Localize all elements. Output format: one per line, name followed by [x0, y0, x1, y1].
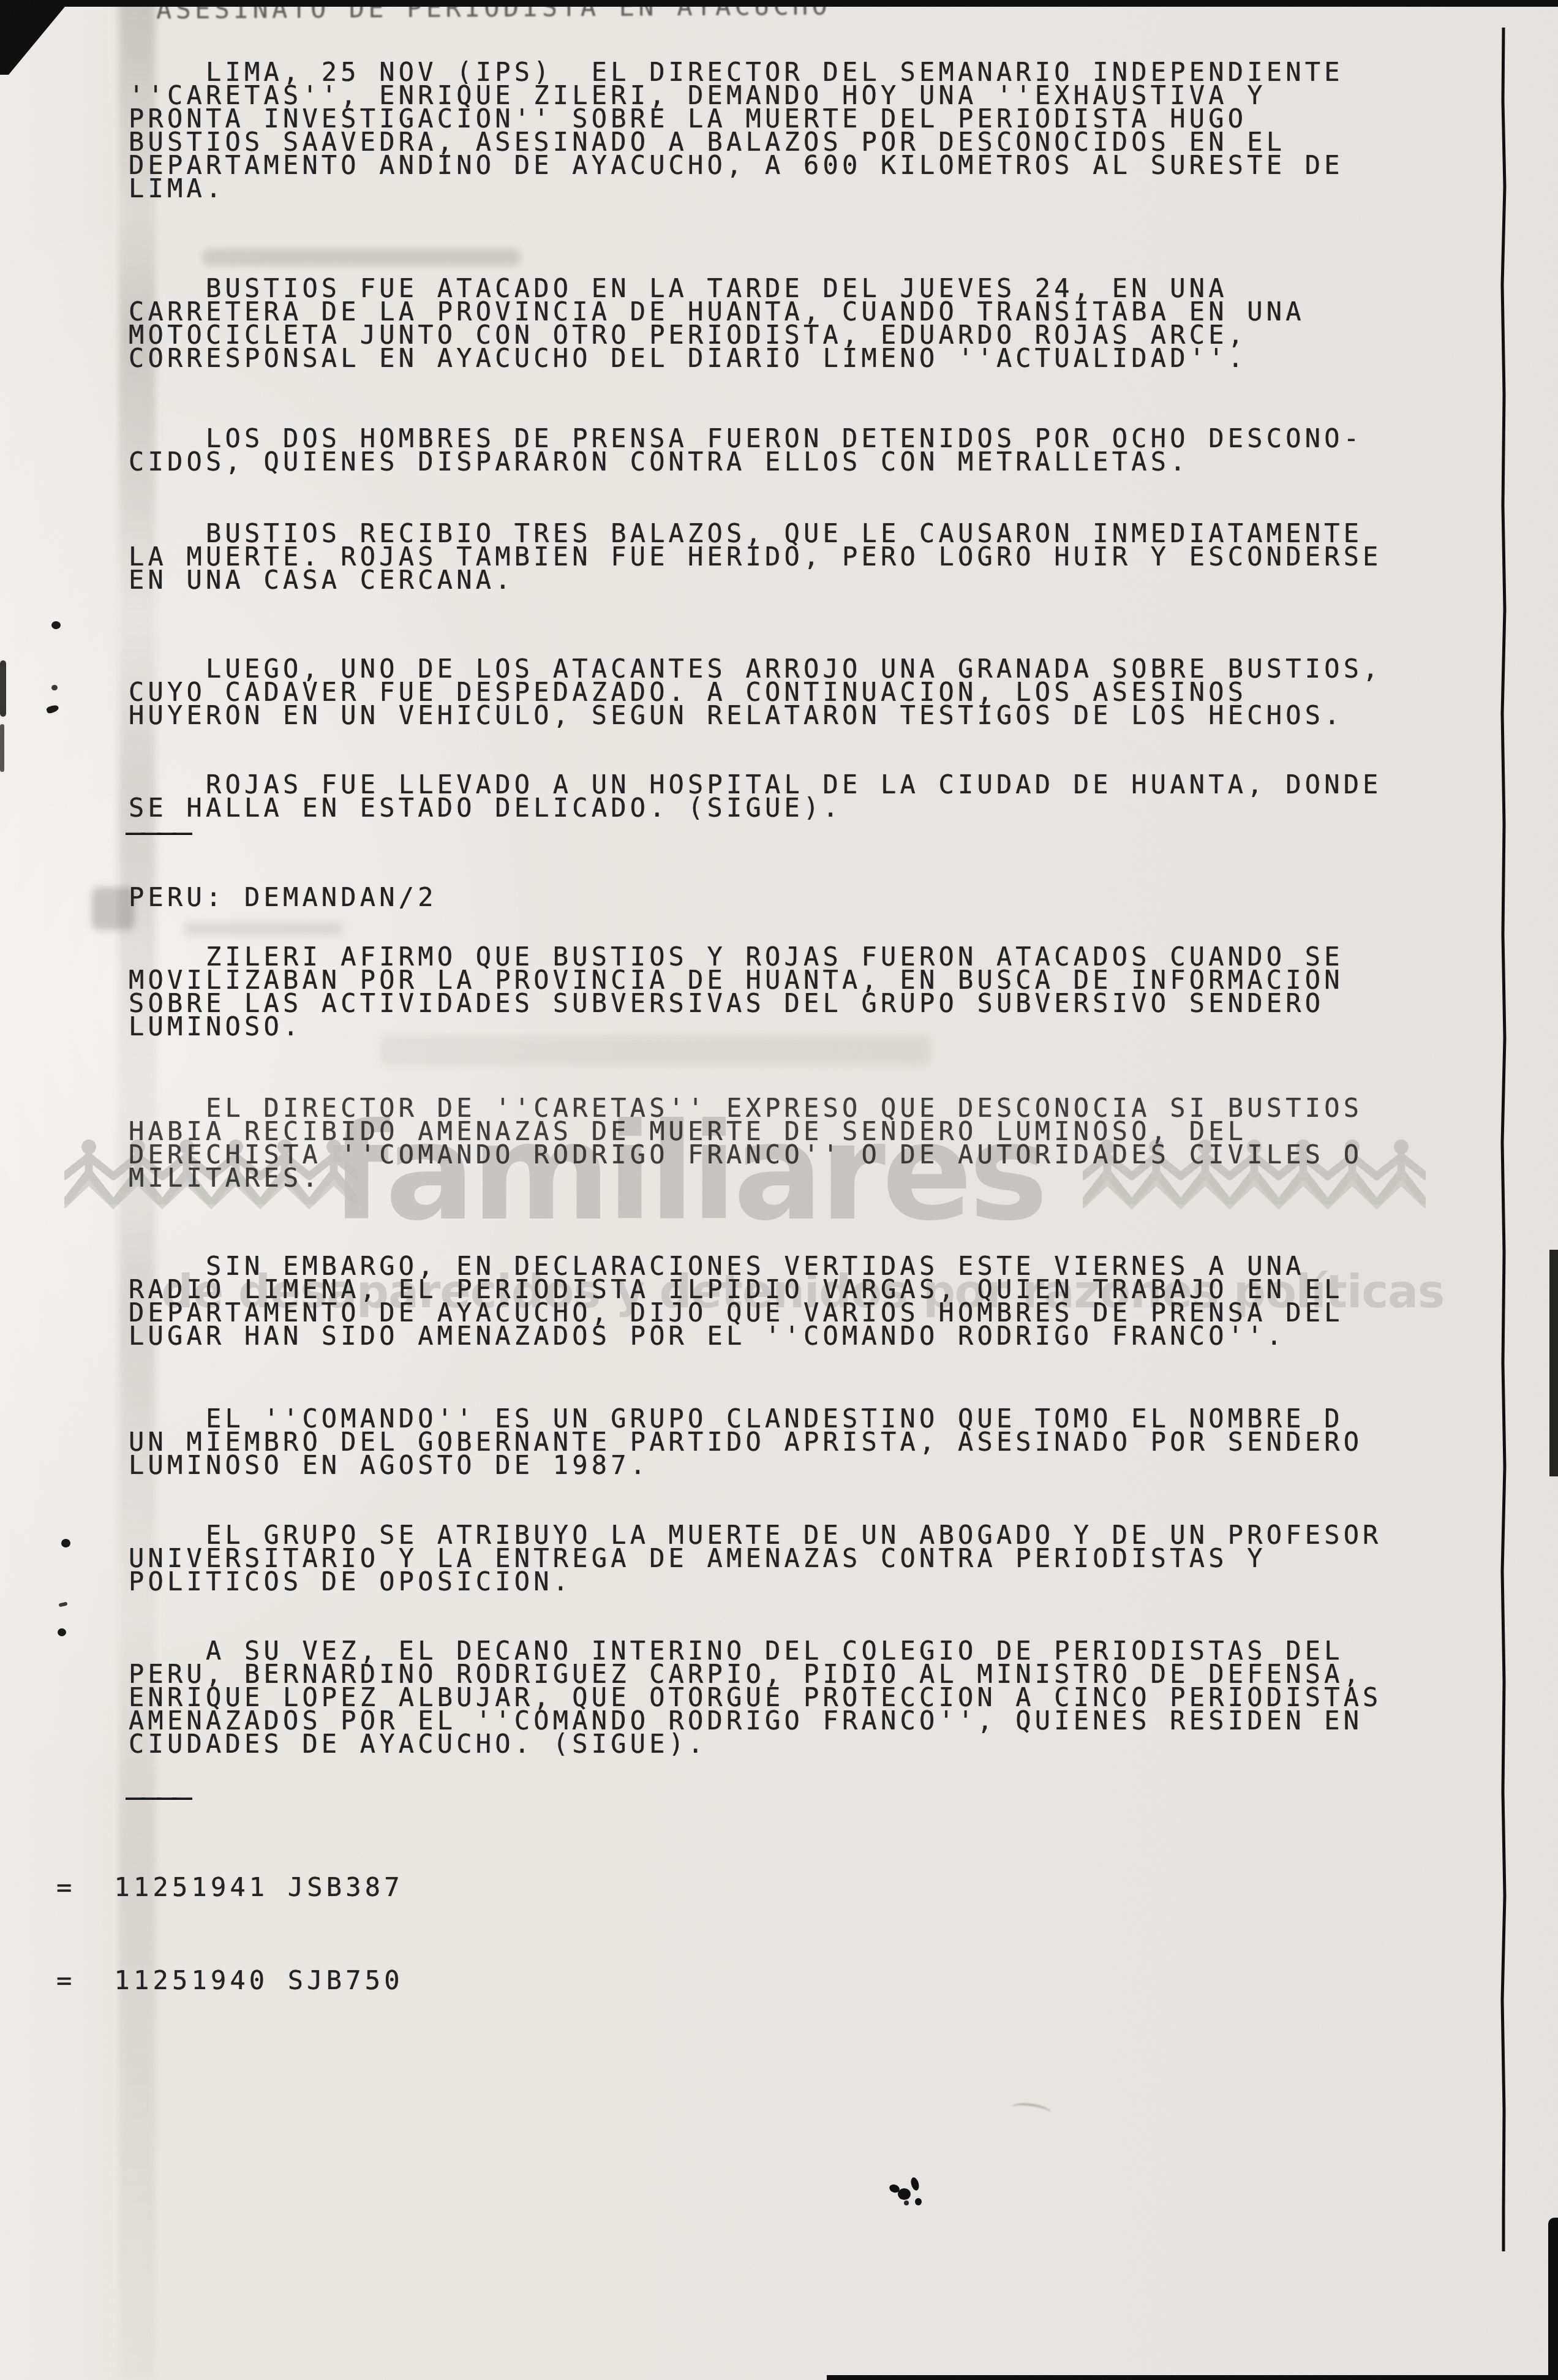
scan-edge-left-mark	[0, 660, 6, 717]
margin-dot	[58, 1628, 66, 1636]
paragraph: EL GRUPO SE ATRIBUYO LA MUERTE DE UN ABO…	[129, 1524, 1382, 1593]
margin-dot	[51, 621, 61, 629]
page-headline: ASESINATO DE PERIODISTA EN AYACUCHO	[156, 5, 831, 23]
ink-blot	[898, 2188, 911, 2200]
ink-smudge	[380, 1035, 931, 1066]
paragraph: ROJAS FUE LLEVADO A UN HOSPITAL DE LA CI…	[129, 773, 1382, 820]
dash-separator: ————	[126, 820, 188, 844]
scan-edge-right-band	[1548, 2218, 1558, 2380]
scan-edge-bottom	[827, 2375, 1558, 2380]
scan-corner-top-left	[0, 0, 80, 80]
margin-mark	[46, 704, 59, 714]
wire-code: = 11251940 SJB750	[56, 1969, 404, 1992]
ink-smudge	[202, 249, 521, 266]
margin-mark	[59, 1602, 68, 1607]
pencil-squiggle	[1011, 2101, 1052, 2119]
ink-blot	[904, 2201, 909, 2205]
paragraph: BUSTIOS FUE ATACADO EN LA TARDE DEL JUEV…	[129, 277, 1305, 370]
paragraph: BUSTIOS RECIBIO TRES BALAZOS, QUE LE CAU…	[129, 522, 1382, 592]
scan-edge-right	[1499, 28, 1509, 2251]
ink-blot	[915, 2198, 922, 2205]
scan-edge-left-mark	[0, 724, 4, 772]
paragraph: ZILERI AFIRMO QUE BUSTIOS Y ROJAS FUERON…	[129, 945, 1344, 1038]
ink-smudge	[184, 922, 343, 935]
paragraph: LUEGO, UNO DE LOS ATACANTES ARROJO UNA G…	[129, 657, 1382, 727]
scanned-wire-document: familiares de desaparecidos y detenidos …	[0, 0, 1558, 2380]
paragraph: LIMA, 25 NOV (IPS) EL DIRECTOR DEL SEMAN…	[129, 61, 1344, 200]
paragraph: SIN EMBARGO, EN DECLARACIONES VERTIDAS E…	[129, 1255, 1344, 1348]
wire-code: = 11251941 JSB387	[56, 1876, 404, 1899]
headline-clip: ASESINATO DE PERIODISTA EN AYACUCHO	[156, 5, 831, 36]
wire-slug: PERU: DEMANDAN/2	[129, 886, 437, 909]
scan-edge-right-band	[1549, 1250, 1558, 1476]
dash-separator: ————	[126, 1785, 188, 1809]
paragraph: LOS DOS HOMBRES DE PRENSA FUERON DETENID…	[129, 427, 1363, 474]
margin-dot	[51, 685, 58, 690]
scan-edge-top	[0, 0, 1558, 7]
paragraph: EL DIRECTOR DE ''CARETAS'' EXPRESO QUE D…	[129, 1097, 1363, 1190]
margin-dot	[61, 1539, 70, 1547]
paragraph: A SU VEZ, EL DECANO INTERINO DEL COLEGIO…	[129, 1639, 1382, 1756]
ink-blot	[909, 2177, 920, 2191]
paragraph: EL ''COMANDO'' ES UN GRUPO CLANDESTINO Q…	[129, 1407, 1363, 1477]
